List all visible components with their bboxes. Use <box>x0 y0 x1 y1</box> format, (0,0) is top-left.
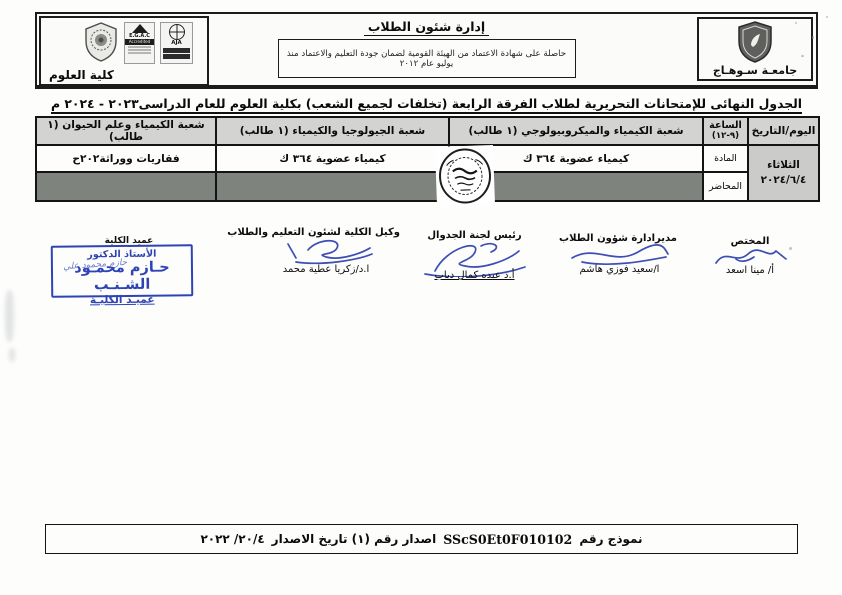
scan-speck <box>826 16 828 18</box>
accreditation-note-box: حاصلة على شهادة الاعتماد من الهيئة القوم… <box>278 39 576 78</box>
schedule-title: الجدول النهائى للإمتحانات التحريرية لطلا… <box>35 96 818 111</box>
university-logo-box: جامعـة سـوهـاج <box>697 17 813 81</box>
university-name: جامعـة سـوهـاج <box>713 64 797 77</box>
document-header: إدارة شئون الطلاب حاصلة على شهادة الاعتم… <box>35 12 818 89</box>
lecturer-row-label: المحاضر <box>703 172 748 201</box>
col-day-date-header: اليوم/التاريخ <box>748 117 819 145</box>
col-time-header: الساعة (٩-١٢) <box>703 117 748 145</box>
table-header-row: اليوم/التاريخ الساعة (٩-١٢) شعبة الكيميا… <box>36 117 819 145</box>
scan-speck <box>801 55 804 57</box>
scanned-exam-schedule-document: إدارة شئون الطلاب حاصلة على شهادة الاعتم… <box>0 0 842 595</box>
exam-date: ٢٠٢٤/٦/٤ <box>749 173 818 188</box>
exam-schedule-table: اليوم/التاريخ الساعة (٩-١٢) شعبة الكيميا… <box>35 116 820 202</box>
section-chem-microbiology-header: شعبة الكيمياء والميكروبيولوجي (١ طالب) <box>449 117 703 145</box>
signature-block-specialist: المختص أ/ مينا اسعد <box>700 236 800 276</box>
scan-speck <box>812 36 814 39</box>
egac-logo-icon: E.G.A.C Accredited <box>124 22 155 64</box>
egac-band-label: Accredited <box>125 39 154 45</box>
faculty-logos: E.G.A.C Accredited AJA <box>83 22 193 64</box>
scan-smudge <box>5 290 14 342</box>
dean-stamp-line3: عميـد الكليـة <box>53 293 191 306</box>
signature-name: ا/سعيد فوزي هاشم <box>562 264 677 275</box>
university-shield-icon <box>736 21 774 63</box>
time-header-label: الساعة <box>704 120 747 131</box>
signature-block-schedule-committee-head: رئيس لجنة الجدوال أ.د عبده كمال دياب <box>412 230 537 281</box>
signature-name: ا.د/زكريا عطية محمد <box>252 264 400 275</box>
lecturer-row: المحاضر <box>36 172 819 201</box>
faculty-seal-icon <box>83 22 119 62</box>
scan-speck <box>789 247 792 250</box>
faculty-name: كلية العلوم <box>49 68 114 82</box>
day-date-cell: الثلاثاء ٢٠٢٤/٦/٤ <box>748 145 819 201</box>
scan-speck <box>795 22 797 24</box>
accreditation-note: حاصلة على شهادة الاعتماد من الهيئة القوم… <box>279 49 575 69</box>
signature-title: مديرادارة شؤون الطلاب <box>562 233 677 244</box>
subject-row: الثلاثاء ٢٠٢٤/٦/٤ المادة كيمياء عضوية ٣٦… <box>36 145 819 172</box>
subject-chem-zoology: فقاريات ووراثة٢٠٢ح <box>36 145 216 172</box>
exam-day: الثلاثاء <box>749 158 818 173</box>
issue-info-label: اصدار رقم (١) تاريخ الاصدار <box>272 532 437 546</box>
aja-label: AJA <box>161 40 192 47</box>
signature-block-vice-dean: وكيل الكلية لشئون التعليم والطلاب ا.د/زك… <box>252 227 400 275</box>
form-footer: نموذج رقم SScS0Et0F010102 اصدار رقم (١) … <box>45 524 798 554</box>
section-geology-chem-header: شعبة الجيولوجيا والكيمياء (١ طالب) <box>216 117 449 145</box>
faculty-logo-box: E.G.A.C Accredited AJA كلية العلوم <box>39 16 209 86</box>
form-number-label: نموذج رقم <box>579 532 642 546</box>
form-code: SScS0Et0F010102 <box>443 532 572 547</box>
lecturer-chem-zoology <box>36 172 216 201</box>
scan-smudge <box>9 348 15 362</box>
issue-date: ٢٠/٤/ ٢٠٢٢ <box>200 532 264 546</box>
aja-logo-icon: AJA <box>160 22 193 64</box>
aja-globe-icon <box>169 24 185 40</box>
signature-name: أ/ مينا اسعد <box>700 265 800 276</box>
signature-title: وكيل الكلية لشئون التعليم والطلاب <box>252 227 400 238</box>
subject-geology-chem: كيمياء عضوية ٣٦٤ ك <box>216 145 449 172</box>
lecturer-geology-chem <box>216 172 449 201</box>
time-range-label: (٩-١٢) <box>704 131 747 142</box>
section-chem-zoology-header: شعبة الكيمياء وعلم الحيوان (١ طالب) <box>36 117 216 145</box>
subject-row-label: المادة <box>703 145 748 172</box>
signature-block-student-affairs-director: مديرادارة شؤون الطلاب ا/سعيد فوزي هاشم <box>562 233 677 275</box>
oval-official-stamp-icon <box>435 145 495 207</box>
signature-title: رئيس لجنة الجدوال <box>412 230 537 241</box>
